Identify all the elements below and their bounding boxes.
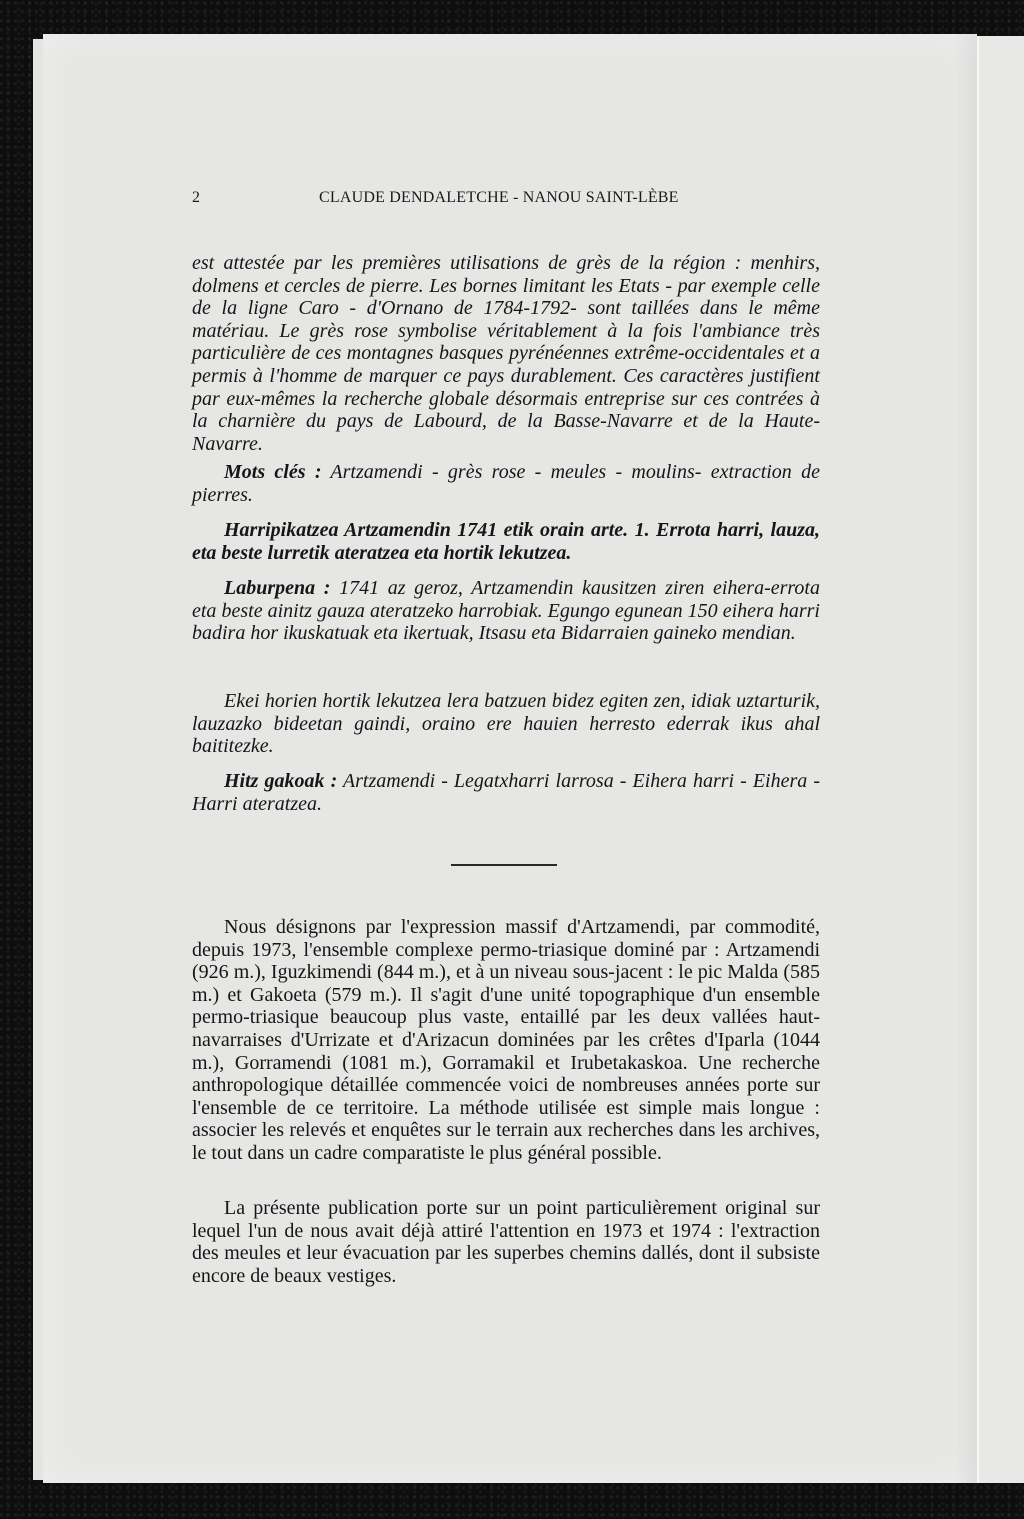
- page-number: 2: [192, 189, 200, 207]
- keywords-basque: Hitz gakoak : Artzamendi - Legatxharri l…: [192, 770, 820, 815]
- facing-page: [977, 36, 1024, 1483]
- body-paragraph: La présente publication porte sur un poi…: [192, 1197, 820, 1287]
- section-divider: [451, 864, 557, 866]
- keywords-basque-label: Hitz gakoak :: [224, 770, 337, 792]
- running-head-authors: CLAUDE DENDALETCHE - NANOU SAINT-LÈBE: [319, 189, 679, 207]
- basque-summary-paragraph-2-text: Ekei horien hortik lekutzea lera batzuen…: [192, 690, 820, 758]
- basque-title: Harripikatzea Artzamendin 1741 etik orai…: [192, 519, 820, 564]
- keywords-french: Mots clés : Artzamendi - grès rose - meu…: [192, 461, 820, 506]
- body-paragraph-text: La présente publication porte sur un poi…: [192, 1197, 820, 1287]
- keywords-french-label: Mots clés :: [224, 461, 321, 483]
- spine-shadow: [955, 34, 977, 1483]
- body-paragraph-text: Nous désignons par l'expression massif d…: [192, 916, 820, 1165]
- abstract-french: est attestée par les premières utilisati…: [192, 252, 820, 455]
- basque-summary: Laburpena : 1741 az geroz, Artzamendin k…: [192, 577, 820, 645]
- body-paragraph: Nous désignons par l'expression massif d…: [192, 916, 820, 1165]
- basque-title-text: Harripikatzea Artzamendin 1741 etik orai…: [192, 519, 820, 564]
- basque-summary-paragraph-2: Ekei horien hortik lekutzea lera batzuen…: [192, 690, 820, 758]
- basque-summary-label: Laburpena: [224, 577, 315, 599]
- basque-summary-separator: :: [315, 577, 339, 599]
- abstract-french-text: est attestée par les premières utilisati…: [192, 252, 820, 455]
